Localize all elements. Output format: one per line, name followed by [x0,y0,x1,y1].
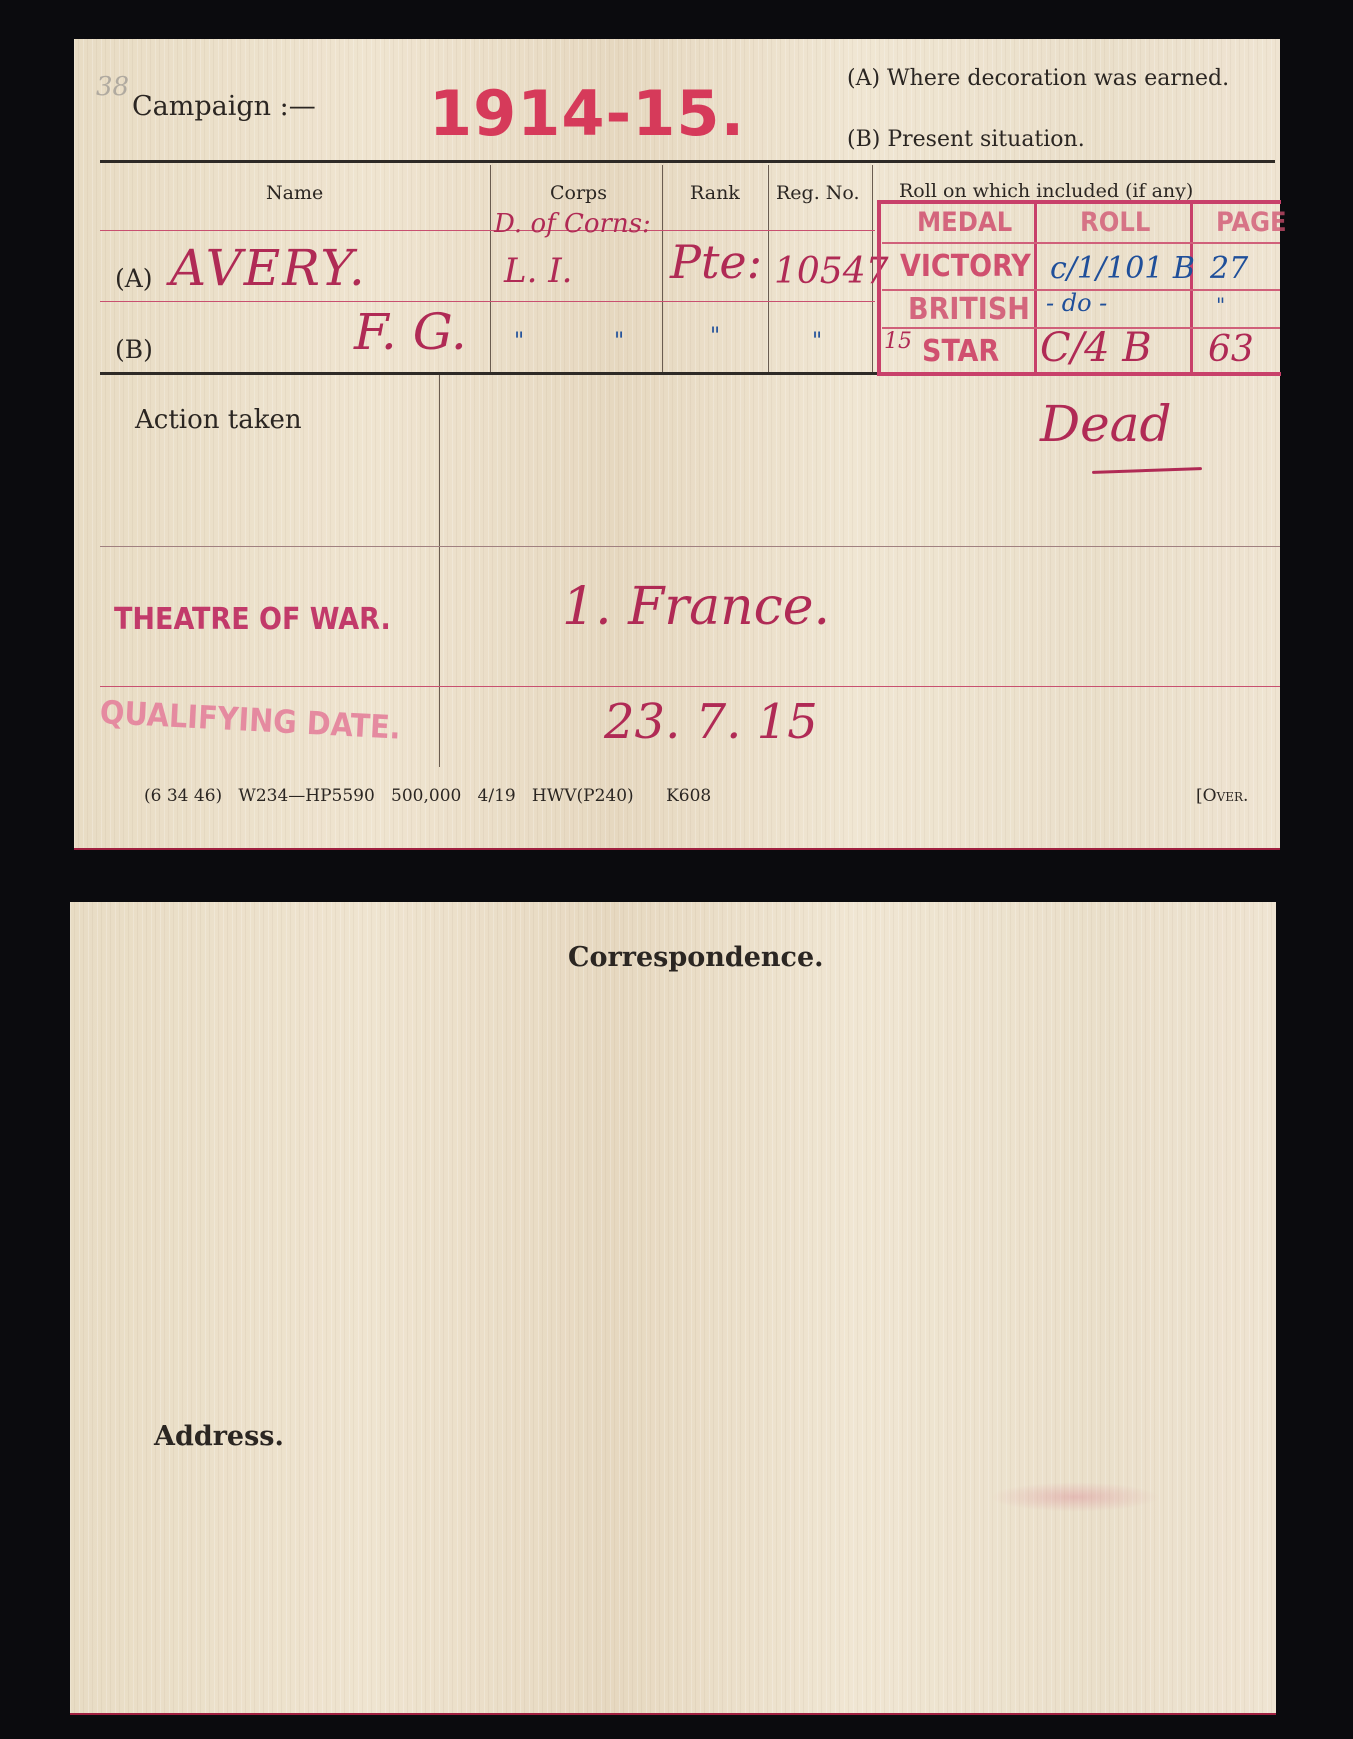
row-a-reg-no: 10547 [774,251,889,292]
column-divider [490,165,491,372]
header-rule [100,160,1275,163]
row-b-initials: F. G. [354,303,467,361]
row-a-surname: AVERY. [170,239,367,297]
stamp-divider [1034,204,1037,372]
row-rule [100,230,875,231]
column-header-name: Name [266,182,323,204]
stamp-medal-star: STAR [922,334,999,369]
row-rule [100,686,1280,687]
stamp-header-roll: ROLL [1080,207,1150,238]
print-code: (6 34 46) W234—HP5590 500,000 4/19 HWV(P… [144,786,711,806]
row-b-corps-ditto: " [614,329,624,354]
column-divider [768,165,769,372]
row-b-rank-ditto: " [710,324,720,349]
stamp-medal-british: BRITISH [908,292,1030,327]
roll-star: C/4 B [1040,325,1152,371]
qualifying-date-label: QUALIFYING DATE. [99,693,402,747]
row-a-corps-line1: D. of Corns: [494,209,651,239]
legend-a: (A) Where decoration was earned. [847,66,1229,91]
stamp-header-page: PAGE [1216,207,1287,238]
roll-british: - do - [1046,289,1107,317]
page-star: 63 [1208,329,1254,370]
column-header-rank: Rank [690,182,740,204]
campaign-label: Campaign :— [132,91,316,122]
row-b-marker: (B) [115,335,153,364]
stamp-row-rule [882,242,1280,244]
address-label: Address. [154,1421,284,1452]
page-british: " [1216,293,1225,317]
pencil-note: 38 [96,72,129,102]
action-taken-label: Action taken [135,405,302,435]
row-a-marker: (A) [115,264,153,293]
action-taken-value: Dead [1040,395,1172,453]
theatre-of-war-value: 1. France. [562,577,830,637]
stamp-header-medal: MEDAL [917,207,1012,238]
roll-victory: c/1/101 B [1050,251,1195,286]
medal-index-card-back: Correspondence. Address. [70,902,1276,1715]
row-b-reg-ditto: " [812,329,822,354]
row-rule [100,301,875,302]
action-underline [1092,467,1202,474]
row-b-corps-ditto: " [514,329,524,354]
stamp-divider [1190,204,1193,372]
medal-index-card-front: 38 Campaign :— 1914-15. (A) Where decora… [74,39,1280,850]
section-divider [439,375,440,767]
row-rule [100,546,1280,547]
theatre-of-war-label: THEATRE OF WAR. [114,602,391,637]
faded-red-mark [990,1482,1160,1512]
campaign-year-stamp: 1914-15. [429,77,745,150]
stamp-star-prefix: 15 [884,329,912,354]
over-label: [Over. [1196,786,1248,806]
column-header-corps: Corps [550,182,607,204]
column-header-roll: Roll on which included (if any) [899,180,1193,202]
row-a-rank: Pte: [670,235,762,289]
stamp-medal-victory: VICTORY [900,249,1031,284]
page-victory: 27 [1210,251,1248,286]
correspondence-label: Correspondence. [568,942,824,973]
row-a-corps-line2: L. I. [504,251,572,291]
column-divider [662,165,663,372]
column-header-reg-no: Reg. No. [776,182,860,204]
qualifying-date-value: 23. 7. 15 [604,694,818,750]
legend-b: (B) Present situation. [847,127,1085,152]
